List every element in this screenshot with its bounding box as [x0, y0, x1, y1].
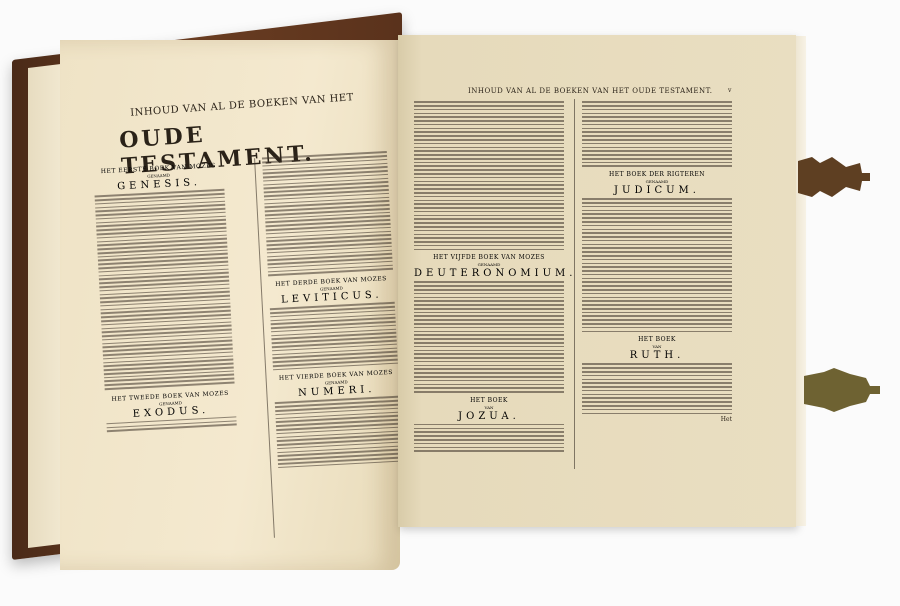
section-head: HET BOEK — [582, 336, 732, 343]
photo-scene: INHOUD VAN AL DE BOEKEN VAN HET OUDE TES… — [0, 0, 900, 606]
section-head: HET BOEK — [414, 397, 564, 404]
page-number: v — [728, 87, 731, 94]
section-head: HET VIJFDE BOEK VAN MOZES — [414, 254, 564, 261]
lower-clasp — [804, 368, 884, 412]
left-page: INHOUD VAN AL DE BOEKEN VAN HET OUDE TES… — [60, 40, 400, 570]
catchword: Het — [582, 416, 732, 423]
column-rule — [574, 99, 575, 469]
book-name-deuteronomium: DEUTERONOMIUM. — [414, 268, 564, 279]
right-column-1: HET VIJFDE BOEK VAN MOZES GENAAMD DEUTER… — [414, 99, 564, 454]
left-column-2: HET DERDE BOEK VAN MOZES GENAAMD LEVITIC… — [262, 149, 403, 471]
left-column-1: HET EERSTE BOEK VAN MOZES GENAAMD GENESI… — [93, 162, 237, 435]
upper-clasp — [798, 155, 878, 199]
book-name-judicum: JUDICUM. — [582, 185, 732, 196]
clasp-icon — [804, 368, 884, 412]
van-label: VAN — [582, 344, 732, 349]
text-block — [95, 189, 235, 390]
book-name-jozua: JOZUA. — [414, 411, 564, 422]
running-head: INHOUD VAN AL DE BOEKEN VAN HET OUDE TES… — [468, 87, 713, 95]
clasp-icon — [798, 155, 878, 199]
book-name-ruth: RUTH. — [582, 350, 732, 361]
right-page: INHOUD VAN AL DE BOEKEN VAN HET OUDE TES… — [398, 35, 796, 527]
genaamd-label: GENAAMD — [414, 262, 564, 267]
right-column-2: HET BOEK DER RIGTEREN GENAAMD JUDICUM. H… — [582, 99, 732, 423]
section-head: HET BOEK DER RIGTEREN — [582, 171, 732, 178]
genaamd-label: GENAAMD — [582, 179, 732, 184]
page-edges — [796, 36, 806, 526]
van-label: VAN — [414, 405, 564, 410]
